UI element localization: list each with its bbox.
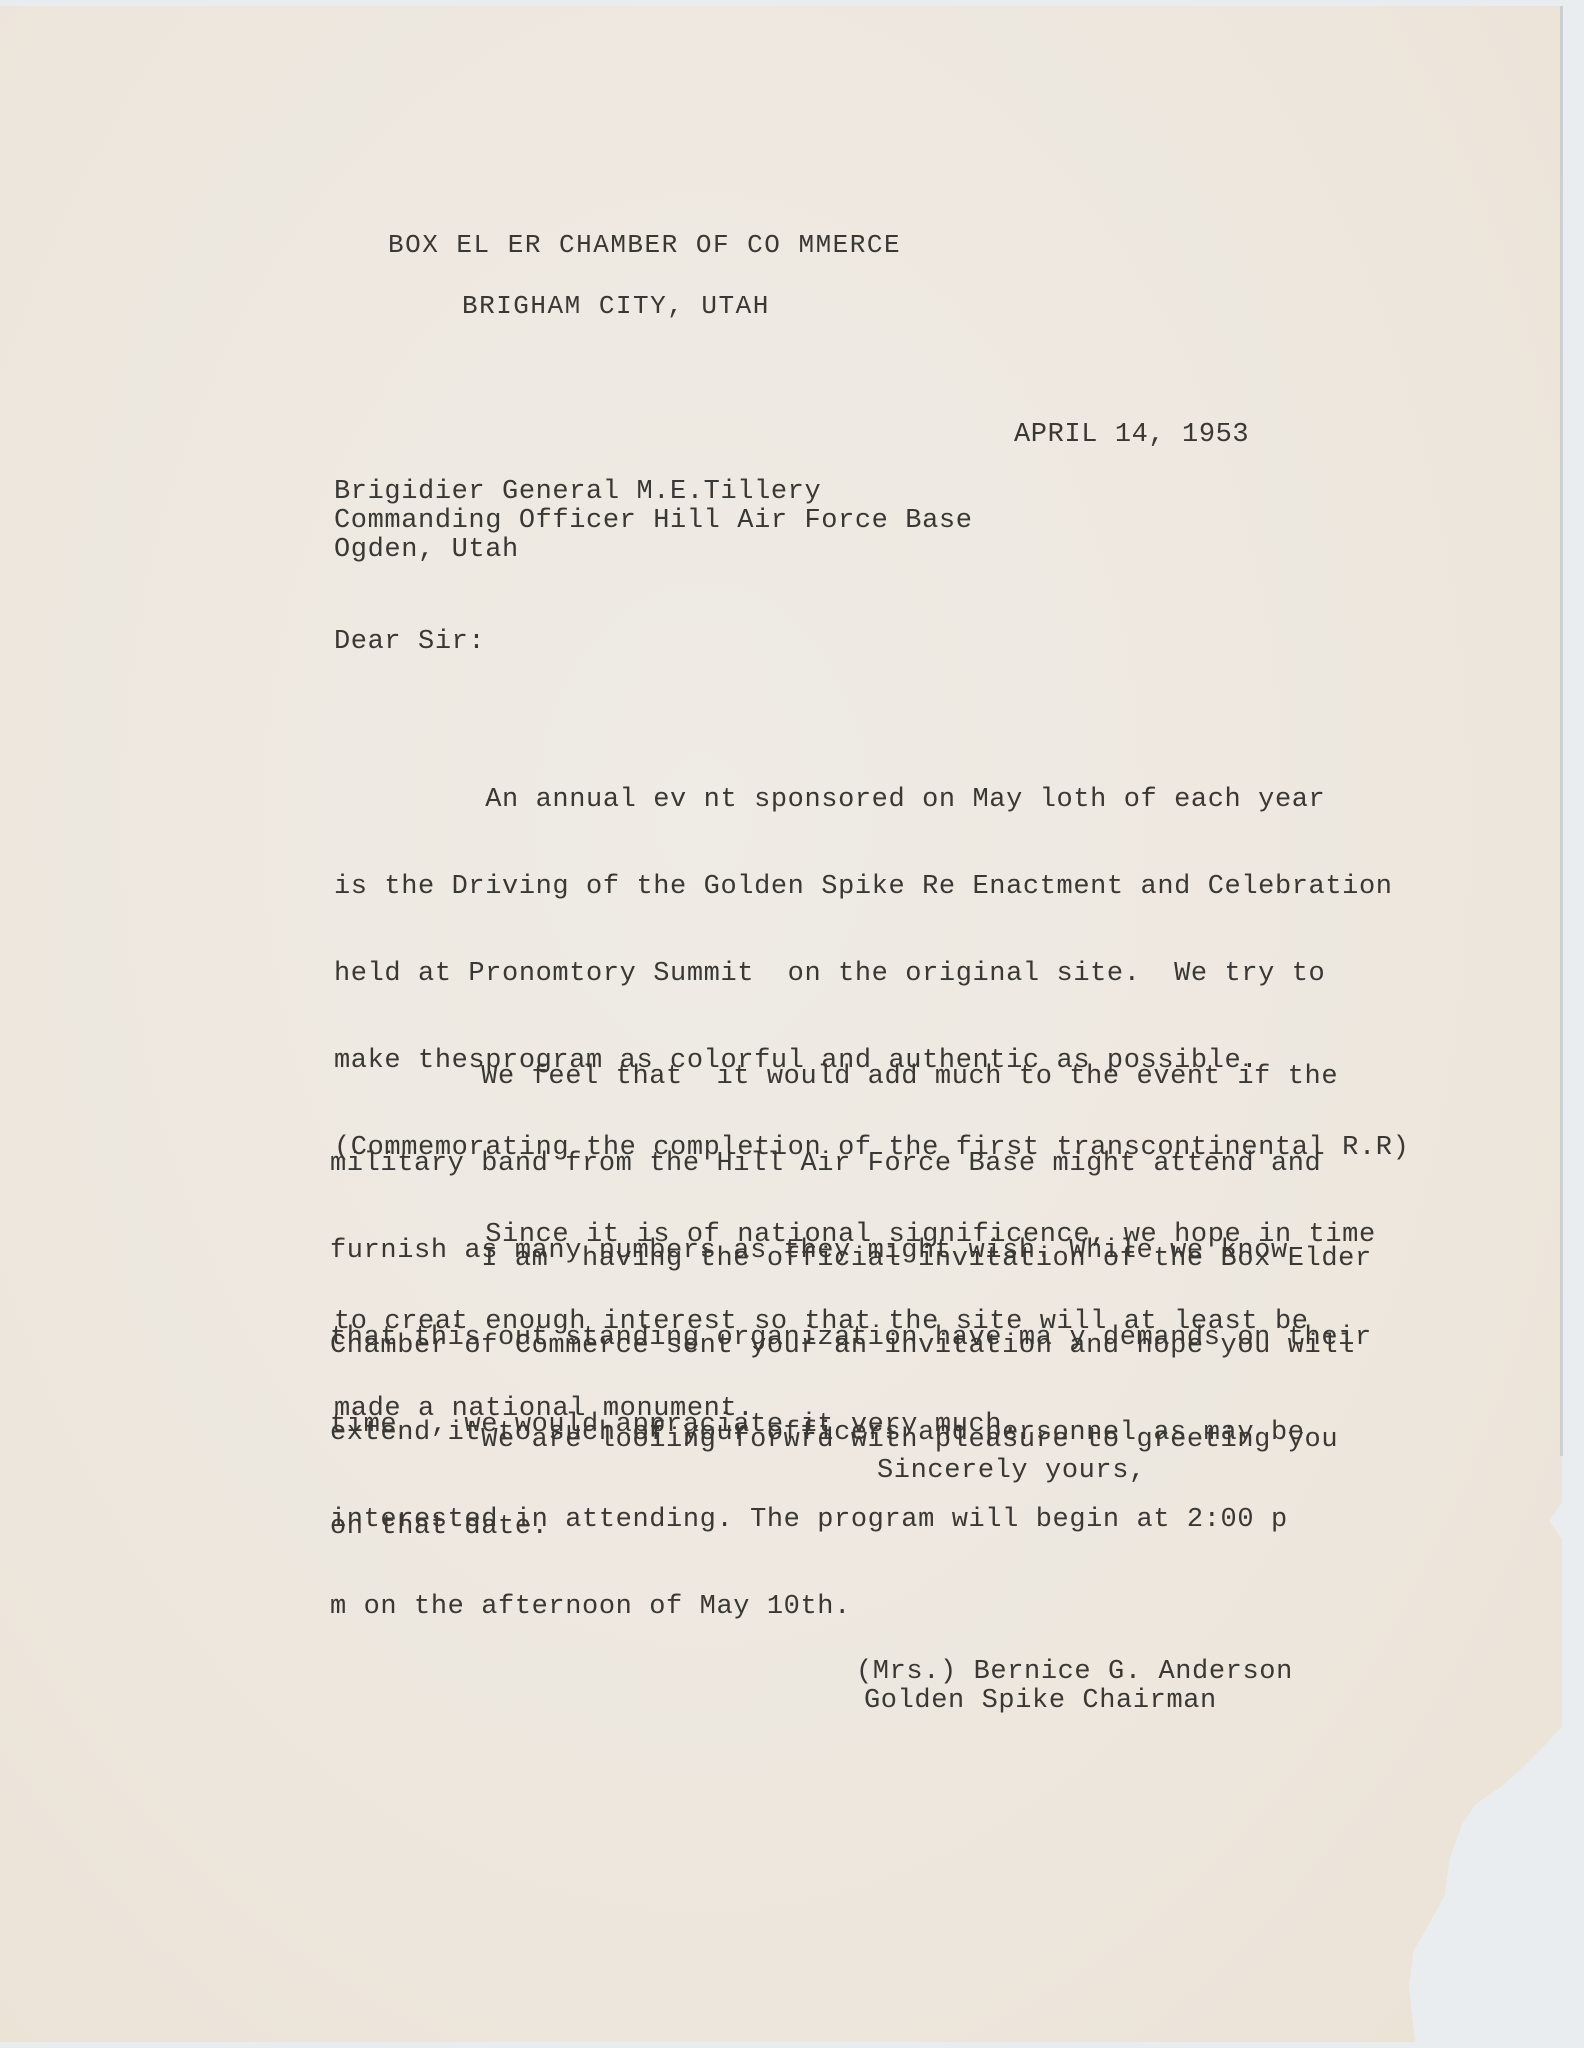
paragraph-line: We are looiing forwrd with pleasure to g…	[330, 1426, 1338, 1455]
closing: Sincerely yours,	[877, 1457, 1146, 1486]
recipient-line-1: Brigidier General M.E.Tillery	[334, 478, 821, 507]
signature-title: Golden Spike Chairman	[864, 1687, 1217, 1716]
letter-date: APRIL 14, 1953	[1014, 421, 1249, 450]
paragraph-line: Chamber of Commerce sent your an invitat…	[330, 1332, 1372, 1361]
paragraph-line: We feel that it would add much to the ev…	[330, 1063, 1372, 1092]
paragraph-line: held at Pronomtory Summit on the origina…	[334, 960, 1409, 989]
body-paragraph-4: We are looiing forwrd with pleasure to g…	[330, 1368, 1338, 1600]
paragraph-line: military band from the Hill Air Force Ba…	[330, 1150, 1372, 1179]
paragraph-line: is the Driving of the Golden Spike Re En…	[334, 873, 1409, 902]
signature-name: (Mrs.) Bernice G. Anderson	[856, 1658, 1293, 1687]
recipient-line-2: Commanding Officer Hill Air Force Base	[334, 507, 973, 536]
letterhead-city: BRIGHAM CITY, UTAH	[462, 292, 770, 321]
paragraph-line: on that date.	[330, 1513, 1338, 1542]
recipient-line-3: Ogden, Utah	[334, 536, 519, 565]
paragraph-line: I am having the official invitation of t…	[330, 1245, 1372, 1274]
letterhead-organization: BOX EL ER CHAMBER OF CO MMERCE	[388, 231, 901, 260]
salutation: Dear Sir:	[334, 628, 485, 657]
paper-edge-shadow	[1560, 6, 1563, 1456]
paragraph-line: An annual ev nt sponsored on May loth of…	[334, 786, 1409, 815]
scanned-letter: BOX EL ER CHAMBER OF CO MMERCE BRIGHAM C…	[0, 0, 1584, 2048]
